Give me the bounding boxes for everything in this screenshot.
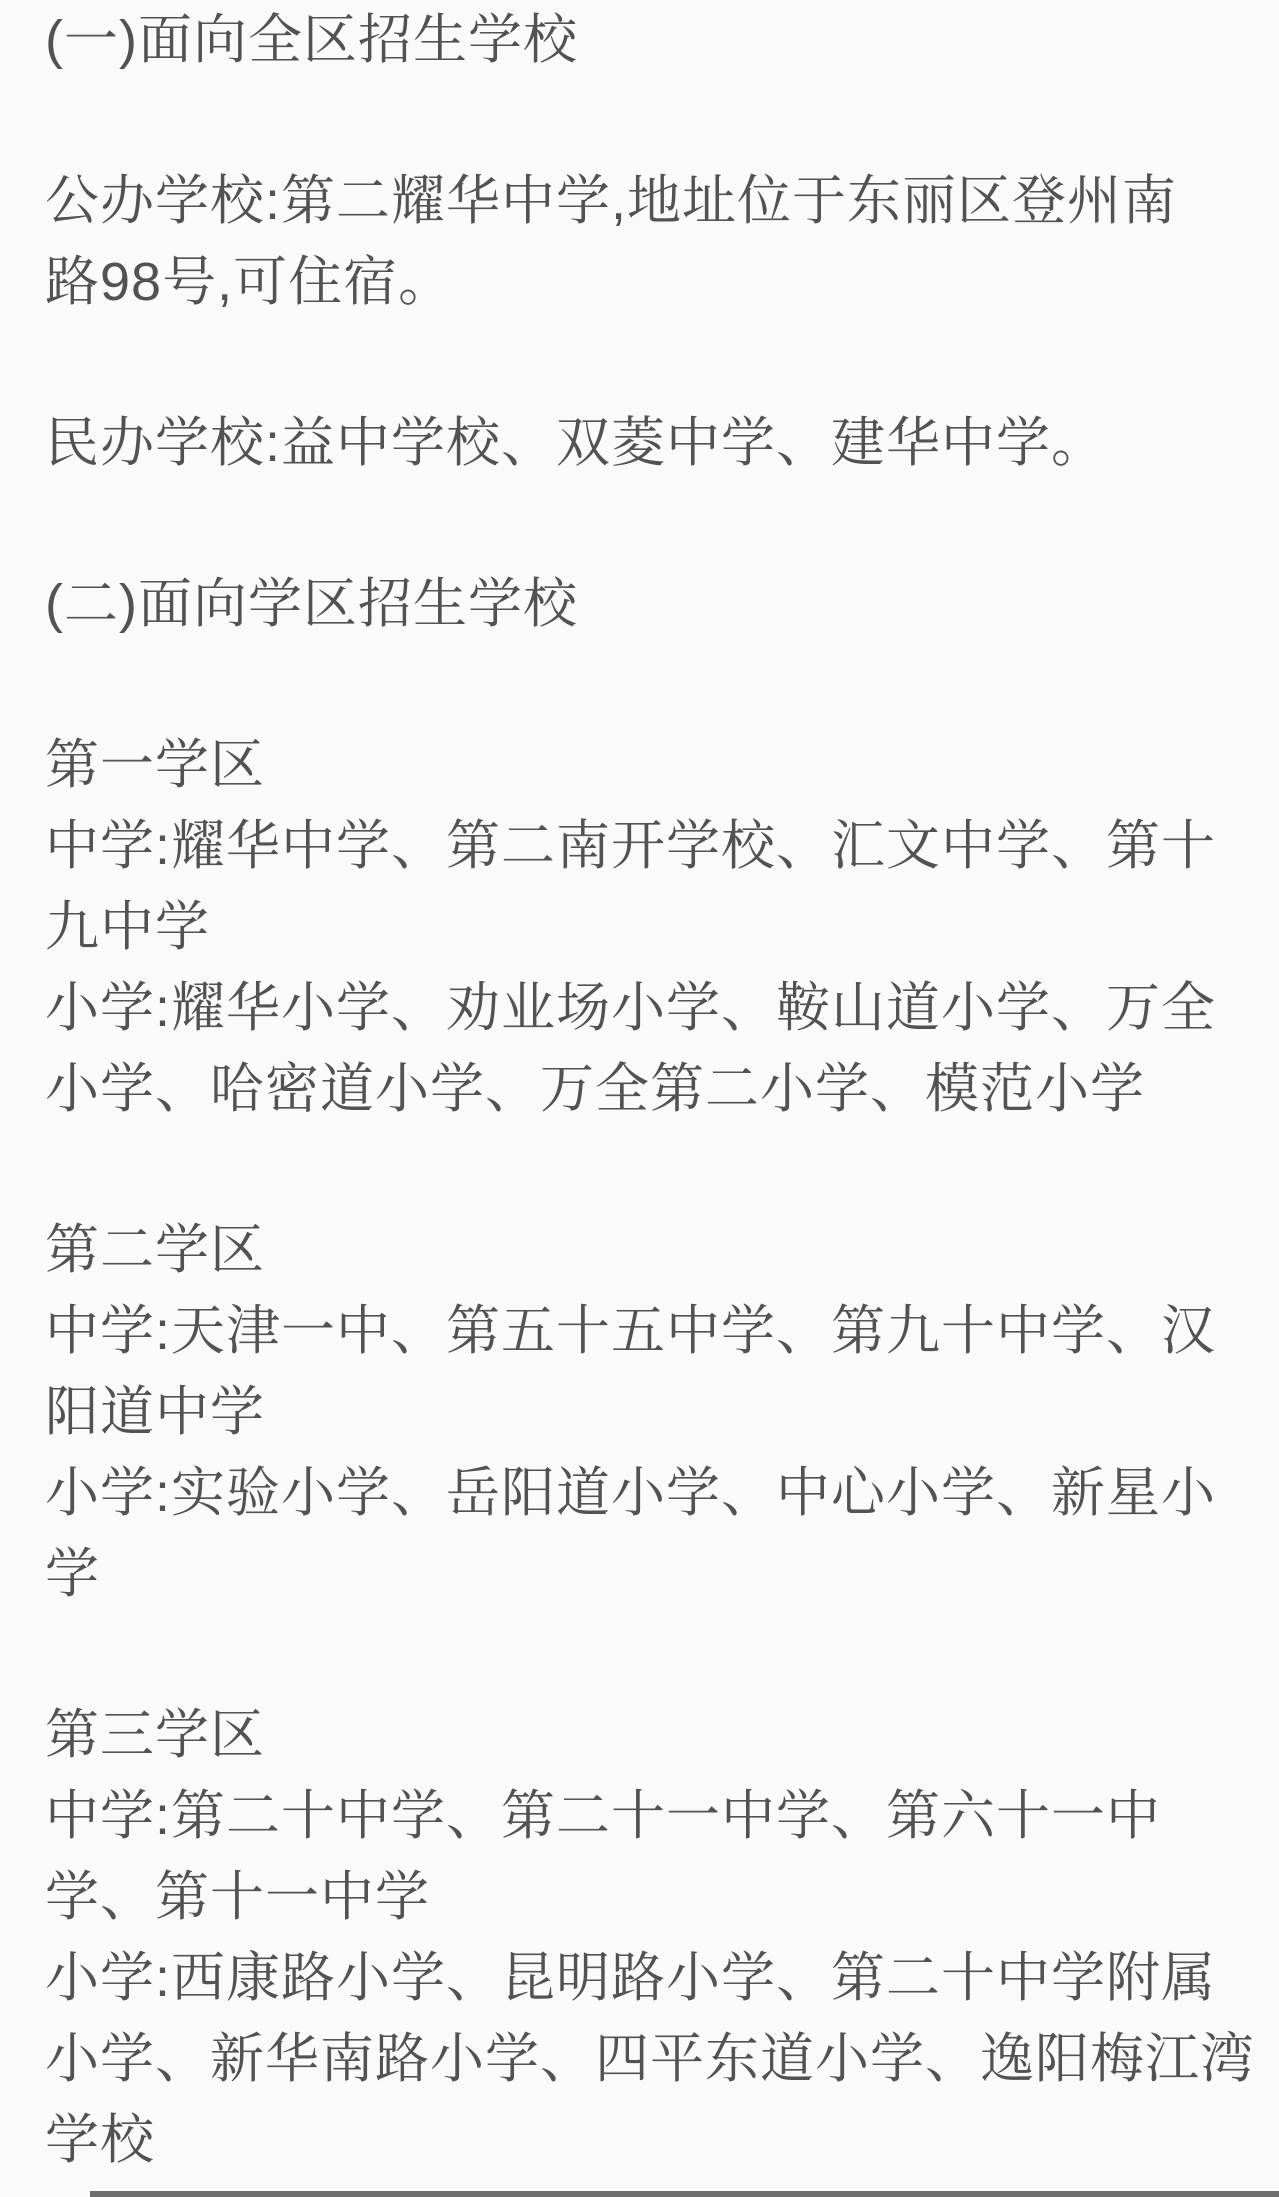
- bottom-divider: [90, 2191, 1279, 2197]
- text-line: 路98号,可住宿。: [45, 242, 1279, 323]
- district-2-paragraph: 第二学区中学:天津一中、第五十五中学、第九十中学、汉阳道中学小学:实验小学、岳阳…: [45, 1210, 1279, 1615]
- text-line: 阳道中学: [45, 1372, 1279, 1453]
- text-line: 小学:实验小学、岳阳道小学、中心小学、新星小: [45, 1453, 1279, 1534]
- text-line: 民办学校:益中学校、双菱中学、建华中学。: [45, 403, 1279, 484]
- text-line: 学、第十一中学: [45, 1857, 1279, 1938]
- text-line: 中学:第二十中学、第二十一中学、第六十一中: [45, 1776, 1279, 1857]
- text-line: 中学:耀华中学、第二南开学校、汇文中学、第十: [45, 806, 1279, 887]
- text-line: 中学:天津一中、第五十五中学、第九十中学、汉: [45, 1291, 1279, 1372]
- text-line: 公办学校:第二耀华中学,地址位于东丽区登州南: [45, 161, 1279, 242]
- text-line: (二)面向学区招生学校: [45, 564, 1279, 645]
- page: { "page": { "background": "#fafafa", "te…: [0, 0, 1279, 2197]
- text-line: 第三学区: [45, 1695, 1279, 1776]
- text-line: 第一学区: [45, 725, 1279, 806]
- private-schools-paragraph: 民办学校:益中学校、双菱中学、建华中学。: [45, 403, 1279, 484]
- text-line: 第二学区: [45, 1210, 1279, 1291]
- district-3-paragraph: 第三学区中学:第二十中学、第二十一中学、第六十一中学、第十一中学小学:西康路小学…: [45, 1695, 1279, 2181]
- text-line: 小学:西康路小学、昆明路小学、第二十中学附属: [45, 1938, 1279, 2019]
- text-line: 学校: [45, 2100, 1279, 2181]
- text-line: 学: [45, 1534, 1279, 1615]
- text-line: 小学、哈密道小学、万全第二小学、模范小学: [45, 1049, 1279, 1130]
- text-line: 小学:耀华小学、劝业场小学、鞍山道小学、万全: [45, 968, 1279, 1049]
- article-body: (一)面向全区招生学校公办学校:第二耀华中学,地址位于东丽区登州南路98号,可住…: [0, 0, 1279, 2181]
- text-line: 小学、新华南路小学、四平东道小学、逸阳梅江湾: [45, 2019, 1279, 2100]
- text-line: (一)面向全区招生学校: [45, 0, 1279, 81]
- district-1-paragraph: 第一学区中学:耀华中学、第二南开学校、汇文中学、第十九中学小学:耀华小学、劝业场…: [45, 725, 1279, 1130]
- text-line: 九中学: [45, 887, 1279, 968]
- public-schools-paragraph: 公办学校:第二耀华中学,地址位于东丽区登州南路98号,可住宿。: [45, 161, 1279, 323]
- section-2-heading: (二)面向学区招生学校: [45, 564, 1279, 645]
- section-1-heading: (一)面向全区招生学校: [45, 0, 1279, 81]
